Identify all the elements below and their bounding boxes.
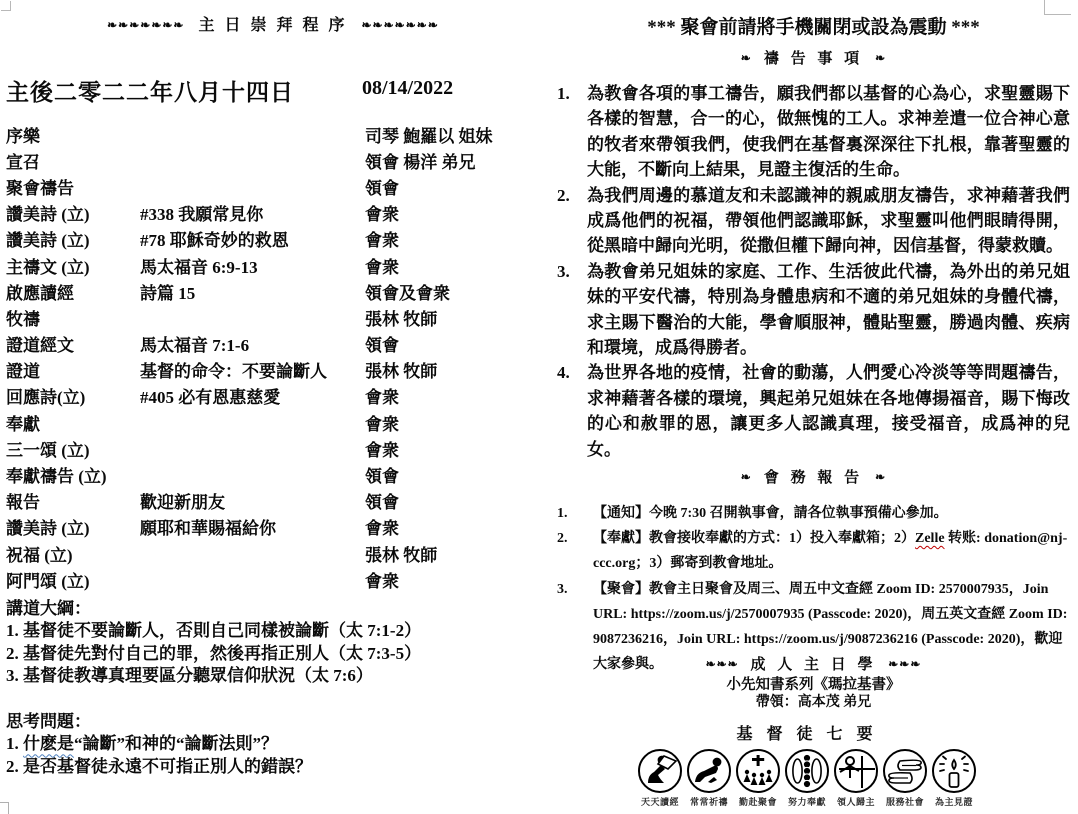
prayer-item-number: 3. [557, 259, 587, 361]
phone-notice: *** 聚會前請將手機關閉或設為震動 *** [557, 12, 1070, 39]
program-row: 主禱文 (立)馬太福音 6:9-13會衆 [6, 252, 540, 278]
prayer-list: 1.為教會各項的事工禱告，願我們都以基督的心為心，求聖靈賜下各樣的智慧，合一的心… [557, 81, 1070, 462]
worship-order-header: ❧❧❧❧❧❧❧ 主 日 崇 拜 程 序 ❧❧❧❧❧❧❧ [6, 12, 540, 35]
program-who: 領會 [365, 462, 540, 487]
program-row: 三一頌 (立)會衆 [6, 435, 540, 461]
adult-sunday-school-header: ❧❧❧ 成 人 主 日 學 ❧❧❧ [557, 653, 1070, 674]
program-detail: 基督的命令：不要論斷人 [140, 357, 365, 382]
program-who: 會衆 [365, 253, 540, 278]
program-item: 奉獻禱告 (立) [6, 462, 140, 487]
program-item: 主禱文 (立) [6, 253, 140, 278]
ornament-right-icon: ❧❧❧ [888, 657, 921, 671]
seven-essentials-icons [625, 748, 989, 794]
program-row: 奉獻會衆 [6, 409, 540, 435]
prayer-item-number: 1. [557, 81, 587, 183]
reflection-questions-title: 思考問題： [6, 711, 540, 733]
program-row: 報告歡迎新朋友領會 [6, 488, 540, 514]
serve-society-hands-icon [882, 748, 928, 794]
program-row: 讚美詩 (立)願耶和華賜福給你會衆 [6, 514, 540, 540]
program-detail: 馬太福音 7:1-6 [140, 331, 365, 356]
seven-essentials-title: 基 督 徒 七 要 [625, 721, 989, 744]
program-item: 聚會禱告 [6, 174, 140, 199]
date-english: 08/14/2022 [362, 77, 453, 100]
program-who: 領會 [365, 331, 540, 356]
program-detail: 馬太福音 6:9-13 [140, 253, 365, 278]
announcement-number: 1. [557, 501, 593, 526]
question-text: “論斷”和神的“論斷法則”？ [74, 734, 278, 753]
program-row: 聚會禱告領會 [6, 173, 540, 199]
sermon-outline-title: 講道大綱： [6, 598, 540, 620]
essential-label: 勤赴聚會 [735, 795, 781, 808]
program-who: 會衆 [365, 567, 540, 592]
announcement-item: 1.【通知】今晚 7:30 召開執事會，請各位執事預備心參加。 [557, 501, 1070, 526]
program-who: 會衆 [365, 383, 540, 408]
program-item: 證道 [6, 357, 140, 382]
sunday-school-leader: 帶領：高本茂 弟兄 [557, 694, 1070, 711]
program-who: 領會及會衆 [365, 279, 540, 304]
ornament-left-icon: ❧❧❧❧❧❧❧ [107, 18, 184, 32]
program-item: 奉獻 [6, 410, 140, 435]
reflection-questions: 思考問題： 1. 什麽是“論斷”和神的“論斷法則”？ 2. 是否基督徒永遠不可指… [6, 711, 540, 778]
program-item: 啟應讀經 [6, 279, 140, 304]
prayer-item: 3.為教會弟兄姐妹的家庭、工作、生活彼此代禱，為外出的弟兄姐妹的平安代禱，特別為… [557, 259, 1070, 361]
prayer-item: 2.為我們周邊的慕道友和未認識神的親戚朋友禱告，求神藉著我們成爲他們的祝福，帶領… [557, 183, 1070, 259]
program-who: 會衆 [365, 200, 540, 225]
program-item: 祝福 (立) [6, 541, 140, 566]
prayer-item-number: 4. [557, 360, 587, 462]
program-item: 報告 [6, 488, 140, 513]
announcement-number: 2. [557, 526, 593, 576]
essential-label: 天天讀經 [637, 795, 683, 808]
program-who: 會衆 [365, 514, 540, 539]
program-item: 讚美詩 (立) [6, 514, 140, 539]
program-table: 序樂司琴 鮑羅以 姐妹 宣召領會 楊洋 弟兄 聚會禱告領會 讚美詩 (立)#33… [6, 121, 540, 592]
prayer-section-title: 禱 告 事 項 [764, 51, 863, 67]
table-corner-mark-bottom-left [0, 802, 9, 814]
program-item: 宣召 [6, 148, 140, 173]
program-item: 三一頌 (立) [6, 436, 140, 461]
program-row: 宣召領會 楊洋 弟兄 [6, 147, 540, 173]
program-detail: 詩篇 15 [140, 279, 365, 304]
spellcheck-underline-text: Zelle [915, 531, 945, 546]
date-chinese: 主後二零二二年八月十四日 [6, 80, 294, 105]
sermon-outline-item: 1. 基督徒不要論斷人，否則自己同樣被論斷（太 7:1-2） [6, 620, 540, 642]
adult-sunday-school-section: ❧❧❧ 成 人 主 日 學 ❧❧❧ 小先知書系列《瑪拉基書》 帶領：高本茂 弟兄 [557, 653, 1070, 711]
program-item: 證道經文 [6, 331, 140, 356]
sermon-outline-item: 2. 基督徒先對付自己的罪，然後再指正別人（太 7:3-5） [6, 643, 540, 665]
program-row: 阿門頌 (立)會衆 [6, 566, 540, 592]
program-who: 會衆 [365, 436, 540, 461]
program-row: 序樂司琴 鮑羅以 姐妹 [6, 121, 540, 147]
church-gathering-icon [735, 748, 781, 794]
essential-label: 努力奉獻 [784, 795, 830, 808]
prayer-section-header: ❧ 禱 告 事 項 ❧ [557, 47, 1070, 68]
program-item: 讚美詩 (立) [6, 200, 140, 225]
announcement-text-segment: 【奉獻】教會接收奉獻的方式：1）投入奉獻箱；2） [593, 531, 915, 546]
offering-fish-coins-icon [784, 748, 830, 794]
bulletin-page: ❧❧❧❧❧❧❧ 主 日 崇 拜 程 序 ❧❧❧❧❧❧❧ 主後二零二二年八月十四日… [0, 0, 1078, 814]
prayer-item-text: 為教會各項的事工禱告，願我們都以基督的心為心，求聖靈賜下各樣的智慧，合一的心，做… [587, 81, 1070, 183]
announcements-list: 1.【通知】今晚 7:30 召開執事會，請各位執事預備心參加。 2.【奉獻】教會… [557, 501, 1070, 677]
program-item: 阿門頌 (立) [6, 567, 140, 592]
ornament-left-icon: ❧ [741, 51, 752, 65]
program-row: 回應詩(立)#405 必有恩惠慈愛會衆 [6, 383, 540, 409]
worship-order-title: 主 日 崇 拜 程 序 [198, 17, 347, 34]
program-item: 牧禱 [6, 305, 140, 330]
prayer-item-text: 為我們周邊的慕道友和未認識神的親戚朋友禱告，求神藉著我們成爲他們的祝福，帶領他們… [587, 183, 1070, 259]
sermon-outline-item: 3. 基督徒教導真理要區分聽眾信仰狀況（太 7:6） [6, 665, 540, 687]
ornament-right-icon: ❧❧❧❧❧❧❧ [362, 18, 439, 32]
program-who: 領會 [365, 488, 540, 513]
program-who: 張林 牧師 [365, 305, 540, 330]
sermon-outline: 講道大綱： 1. 基督徒不要論斷人，否則自己同樣被論斷（太 7:1-2） 2. … [6, 598, 540, 688]
program-item: 回應詩(立) [6, 383, 140, 408]
ornament-left-icon: ❧❧❧ [706, 657, 739, 671]
table-corner-mark-top-left [1, 1, 11, 11]
program-detail: 歡迎新朋友 [140, 488, 365, 513]
essential-label: 服務社會 [882, 795, 928, 808]
prayer-item-number: 2. [557, 183, 587, 259]
program-row: 證道基督的命令：不要論斷人張林 牧師 [6, 357, 540, 383]
prayer-item-text: 為世界各地的疫情，社會的動蕩，人們愛心冷淡等等問題禱告，求神藉著各樣的環境，興起… [587, 360, 1070, 462]
program-row: 讚美詩 (立)#78 耶穌奇妙的救恩會衆 [6, 226, 540, 252]
program-detail: #338 我願常見你 [140, 200, 365, 225]
program-detail: 願耶和華賜福給你 [140, 514, 365, 539]
program-detail: #405 必有恩惠慈愛 [140, 383, 365, 408]
program-who: 司琴 鮑羅以 姐妹 [365, 122, 540, 147]
reflection-question: 2. 是否基督徒永遠不可指正別人的錯誤？ [6, 756, 540, 778]
ornament-right-icon: ❧ [875, 51, 886, 65]
program-item: 序樂 [6, 122, 140, 147]
essential-label: 領人歸主 [833, 795, 879, 808]
program-who: 領會 [365, 174, 540, 199]
program-item: 讚美詩 (立) [6, 226, 140, 251]
date-row: 主後二零二二年八月十四日 08/14/2022 [6, 74, 540, 104]
reflection-question: 1. 什麽是“論斷”和神的“論斷法則”？ [6, 733, 540, 755]
bible-reading-icon [637, 748, 683, 794]
adult-sunday-school-title: 成 人 主 日 學 [750, 657, 876, 673]
lead-to-christ-icon [833, 748, 879, 794]
program-who: 會衆 [365, 226, 540, 251]
essential-label: 常常祈禱 [686, 795, 732, 808]
program-who: 張林 牧師 [365, 541, 540, 566]
program-detail: #78 耶穌奇妙的救恩 [140, 226, 365, 251]
prayer-item: 4.為世界各地的疫情，社會的動蕩，人們愛心冷淡等等問題禱告，求神藉著各樣的環境，… [557, 360, 1070, 462]
prayer-item-text: 為教會弟兄姐妹的家庭、工作、生活彼此代禱，為外出的弟兄姐妹的平安代禱，特別為身體… [587, 259, 1070, 361]
announcement-text: 【奉獻】教會接收奉獻的方式：1）投入奉獻箱；2）Zelle 转账: donati… [593, 526, 1070, 576]
question-number: 1. [6, 734, 23, 753]
spellcheck-underline-text: 什麽是 [23, 734, 74, 753]
program-row: 啟應讀經詩篇 15領會及會衆 [6, 278, 540, 304]
program-row: 祝福 (立)張林 牧師 [6, 540, 540, 566]
prayer-kneeling-icon [686, 748, 732, 794]
seven-essentials-labels: 天天讀經 常常祈禱 勤赴聚會 努力奉獻 領人歸主 服務社會 為主見證 [625, 795, 989, 808]
program-who: 會衆 [365, 410, 540, 435]
announcement-text: 【通知】今晚 7:30 召開執事會，請各位執事預備心參加。 [593, 501, 1070, 526]
program-who: 張林 牧師 [365, 357, 540, 382]
prayer-item: 1.為教會各項的事工禱告，願我們都以基督的心為心，求聖靈賜下各樣的智慧，合一的心… [557, 81, 1070, 183]
announcement-item: 2.【奉獻】教會接收奉獻的方式：1）投入奉獻箱；2）Zelle 转账: dona… [557, 526, 1070, 576]
sunday-school-series: 小先知書系列《瑪拉基書》 [557, 677, 1070, 694]
announcements-section-title: 會 務 報 告 [764, 470, 863, 486]
seven-essentials-section: 基 督 徒 七 要 [625, 721, 989, 808]
essential-label: 為主見證 [931, 795, 977, 808]
program-who: 領會 楊洋 弟兄 [365, 148, 540, 173]
program-row: 證道經文馬太福音 7:1-6領會 [6, 331, 540, 357]
program-row: 讚美詩 (立)#338 我願常見你會衆 [6, 200, 540, 226]
program-row: 牧禱張林 牧師 [6, 304, 540, 330]
ornament-right-icon: ❧ [875, 470, 886, 484]
ornament-left-icon: ❧ [741, 470, 752, 484]
witness-candle-icon [931, 748, 977, 794]
announcements-section-header: ❧ 會 務 報 告 ❧ [557, 466, 1070, 487]
program-row: 奉獻禱告 (立)領會 [6, 461, 540, 487]
